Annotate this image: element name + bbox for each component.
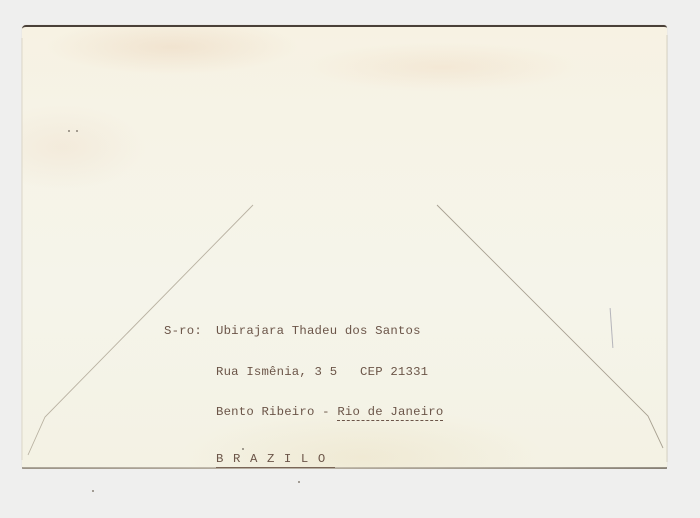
speck xyxy=(92,490,94,492)
address-line-street: Rua Ismênia, 3 5 CEP 21331 xyxy=(164,366,443,380)
neighborhood: Bento Ribeiro xyxy=(216,405,315,419)
speck xyxy=(68,130,70,132)
city: Rio de Janeiro xyxy=(337,405,443,421)
country: BRAZILO xyxy=(216,453,335,469)
separator: - xyxy=(322,405,330,419)
address-line-city: Bento Ribeiro - Rio de Janeiro xyxy=(164,406,443,420)
return-address: S-ro:Ubirajara Thadeu dos Santos Rua Ism… xyxy=(164,298,443,474)
speck xyxy=(76,130,78,132)
sender-label: S-ro: xyxy=(164,325,216,339)
address-line-name: S-ro:Ubirajara Thadeu dos Santos xyxy=(164,325,443,339)
address-line-country: BRAZILO xyxy=(164,447,443,461)
postal-code: CEP 21331 xyxy=(360,365,428,379)
street: Rua Ismênia, 3 5 xyxy=(216,365,337,379)
sender-name: Ubirajara Thadeu dos Santos xyxy=(216,324,421,338)
speck xyxy=(298,481,300,483)
